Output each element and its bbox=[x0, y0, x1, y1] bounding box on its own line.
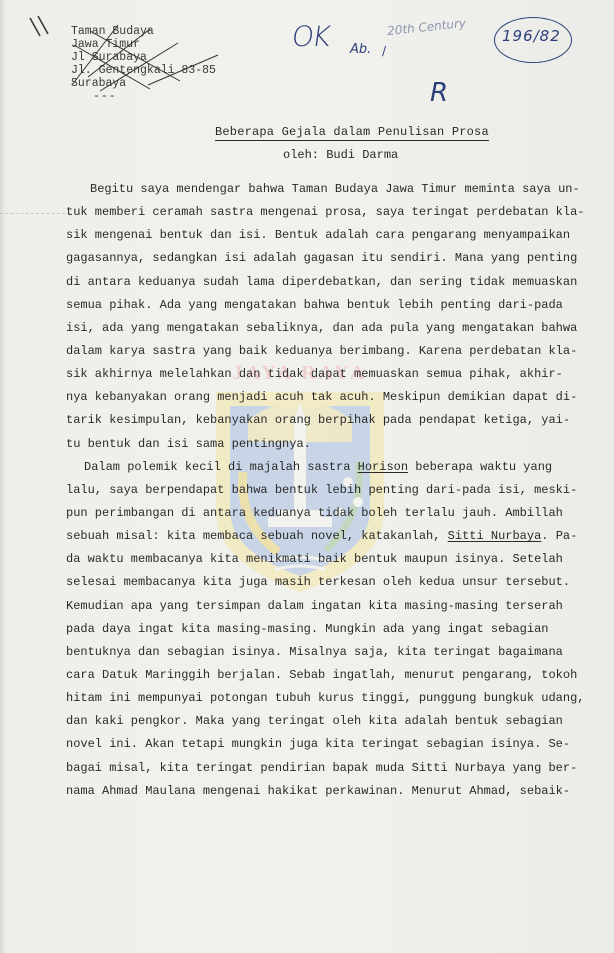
text-line: lalu, saya berpendapat bahwa bentuk lebi… bbox=[66, 479, 596, 502]
novel-title: Sitti Nurbaya bbox=[448, 529, 542, 543]
margin-tick-mark bbox=[28, 14, 58, 40]
document-page: JAYA RAYA Taman Budaya Jawa Timur Jl Sur… bbox=[0, 0, 614, 953]
document-author: oleh: Budi Darma bbox=[283, 148, 398, 163]
text-line: dan kaki pengkor. Maka yang teringat ole… bbox=[66, 710, 596, 733]
text-line: novel ini. Akan tetapi mungkin juga kita… bbox=[66, 733, 596, 756]
text-line: semua pihak. Ada yang mengatakan bahwa b… bbox=[66, 294, 596, 317]
text-line: pun perimbangan di antara keduanya tidak… bbox=[66, 502, 596, 525]
text-line: tarik kesimpulan, kebanyakan orang berpi… bbox=[66, 409, 596, 432]
document-title: Beberapa Gejala dalam Penulisan Prosa bbox=[215, 125, 489, 141]
paragraph-1: Begitu saya mendengar bahwa Taman Budaya… bbox=[66, 178, 596, 456]
text-segment: . Pa- bbox=[541, 529, 577, 543]
text-segment: beberapa waktu yang bbox=[408, 460, 552, 474]
handwritten-reference-number: 196/82 bbox=[502, 27, 561, 45]
text-line: Dalam polemik kecil di majalah sastra Ho… bbox=[66, 456, 596, 479]
document-body: Begitu saya mendengar bahwa Taman Budaya… bbox=[66, 178, 596, 803]
handwritten-initials: Ab. bbox=[350, 42, 371, 57]
text-line: nama Ahmad Maulana mengenai hakikat perk… bbox=[66, 780, 596, 803]
text-line: gagasannya, sedangkan isi adalah gagasan… bbox=[66, 247, 596, 270]
text-line: sik akhirnya melelahkan dan tidak dapat … bbox=[66, 363, 596, 386]
text-segment: Dalam polemik kecil di majalah sastra bbox=[84, 460, 358, 474]
text-line: isi, ada yang mengatakan sebaliknya, dan… bbox=[66, 317, 596, 340]
paragraph-2: Dalam polemik kecil di majalah sastra Ho… bbox=[66, 456, 596, 803]
text-line: cara Datuk Maringgih berjalan. Sebab ing… bbox=[66, 664, 596, 687]
handwritten-century-note: 20th Century bbox=[386, 16, 466, 38]
text-line: bentuknya dan sebagian isinya. Misalnya … bbox=[66, 641, 596, 664]
text-line: selesai membacanya kita juga masih terke… bbox=[66, 571, 596, 594]
text-line: sik mengenai bentuk dan isi. Bentuk adal… bbox=[66, 224, 596, 247]
handwritten-ok: OK bbox=[290, 20, 331, 53]
text-line: nya kebanyakan orang menjadi acuh tak ac… bbox=[66, 386, 596, 409]
handwritten-slash: / bbox=[382, 44, 386, 58]
text-line: dalam karya sastra yang baik keduanya be… bbox=[66, 340, 596, 363]
crossout-strokes bbox=[60, 15, 230, 95]
text-line: tu bentuk dan isi sama pentingnya. bbox=[66, 433, 596, 456]
text-segment: sebuah misal: kita membaca sebuah novel,… bbox=[66, 529, 448, 543]
text-line: di antara keduanya sudah lama diperdebat… bbox=[66, 271, 596, 294]
text-line: Begitu saya mendengar bahwa Taman Budaya… bbox=[66, 178, 596, 201]
text-line: Kemudian apa yang tersimpan dalam ingata… bbox=[66, 595, 596, 618]
text-line: pada daya ingat kita masing-masing. Mung… bbox=[66, 618, 596, 641]
text-line: tuk memberi ceramah sastra mengenai pros… bbox=[66, 201, 596, 224]
fold-crease bbox=[0, 213, 70, 215]
text-line: bagai misal, kita teringat pendirian bap… bbox=[66, 757, 596, 780]
text-line: da waktu membacanya kita menikmati baik … bbox=[66, 548, 596, 571]
text-line: hitam ini mempunyai potongan tubuh kurus… bbox=[66, 687, 596, 710]
magazine-title: Horison bbox=[358, 460, 408, 474]
text-line: sebuah misal: kita membaca sebuah novel,… bbox=[66, 525, 596, 548]
handwritten-mark: R bbox=[430, 78, 448, 108]
